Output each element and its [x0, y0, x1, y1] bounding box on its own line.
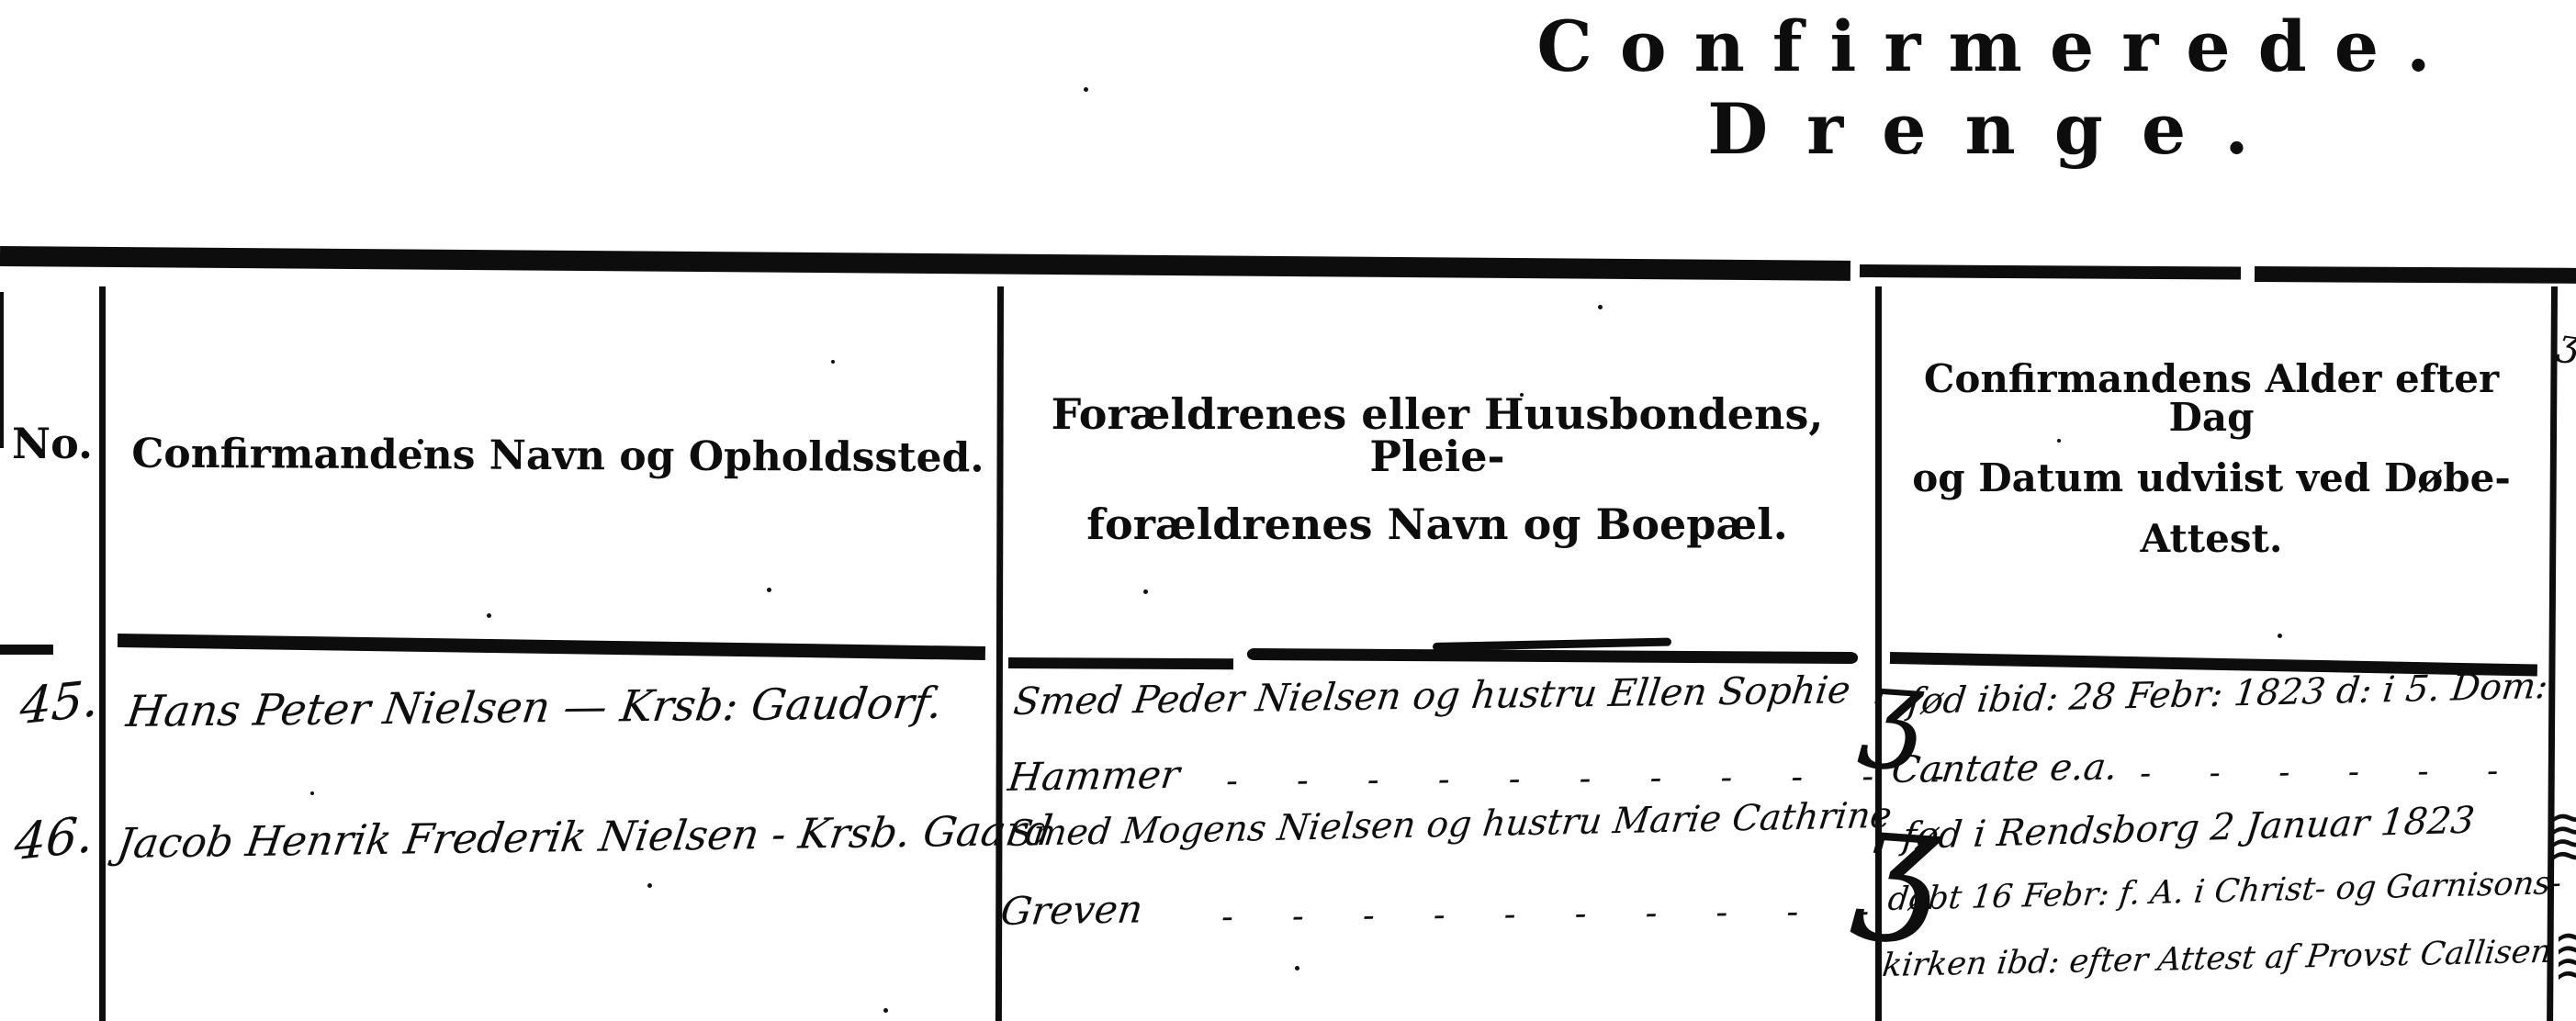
column-rule-no-name	[99, 286, 106, 1021]
row-45-parents-line1: Smed Peder Nielsen og hustru Ellen Sophi…	[1011, 668, 1853, 724]
header-rule-segment-0	[0, 645, 53, 655]
scan-speck	[487, 613, 491, 618]
scan-speck	[1143, 589, 1148, 594]
row-45-parents-line2: Hammer	[1006, 752, 1182, 800]
row-46-number: 46.	[13, 805, 96, 872]
column-header-age-line1: Confirmandens Alder efter Dag	[1884, 360, 2538, 437]
top-rule-segment-2	[1860, 264, 2241, 280]
column-header-parents: Forældrenes eller Huusbondens, Pleie- fo…	[1006, 393, 1869, 545]
row-46-age-line1: fød i Rendsborg 2 Januar 1823	[1900, 800, 2477, 858]
scan-speck	[831, 360, 835, 364]
scan-speck	[2278, 634, 2282, 638]
row-46-parents-line1: Smed Mogens Nielsen og hustru Marie Cath…	[1006, 795, 1894, 855]
column-header-no: No.	[6, 422, 99, 465]
scan-speck	[883, 1008, 888, 1013]
scan-speck	[1520, 393, 1524, 397]
row-45-age-dash-fill: - - - - - -	[2140, 752, 2522, 792]
scan-speck	[310, 791, 314, 795]
header-rule-segment-1	[118, 634, 985, 660]
column-header-age-line3: Attest.	[1884, 520, 2538, 558]
scan-speck	[1084, 87, 1088, 92]
scanned-parish-register-page: Confirmerede. Drenge. No. Confirmandens …	[0, 0, 2576, 1021]
scan-speck	[2057, 439, 2061, 443]
column-header-age: Confirmandens Alder efter Dag og Datum u…	[1884, 360, 2538, 558]
page-title-line1: Confirmerede.	[1419, 6, 2576, 87]
row-46-age-line3: kirken ibd: efter Attest af Provst Calli…	[1881, 934, 2554, 984]
header-rule-segment-3b	[1433, 638, 1671, 651]
row-45-name: Hans Peter Nielsen — Krsb: Gaudorf.	[123, 679, 945, 737]
header-rule-segment-3	[1247, 648, 1858, 664]
scan-speck	[1598, 305, 1603, 309]
column-header-parents-line2: forældrenes Navn og Boepæl.	[1006, 503, 1869, 545]
top-rule-segment-1	[0, 246, 1850, 281]
row-45-parents-dash-fill: - - - - - - - - - - -	[1226, 755, 1968, 801]
column-header-parents-line1: Forældrenes eller Huusbondens, Pleie-	[1006, 393, 1869, 477]
left-edge-fragment	[0, 292, 4, 448]
row-46-parents-dash-fill: - - - - - - - - - -	[1221, 891, 1893, 937]
right-edge-squiggle-upper: ≀≀≀≀	[2540, 808, 2576, 858]
row-45-number: 45.	[18, 669, 101, 736]
column-header-name: Confirmandens Navn og Opholdssted.	[124, 434, 992, 479]
row-46-name: Jacob Henrik Frederik Nielsen - Krsb. Ga…	[114, 806, 1055, 868]
edge-fragment-mark: ʒ	[2557, 328, 2576, 360]
column-rule-right-edge	[2547, 286, 2558, 1021]
row-46-age-line2: døbt 16 Febr: f. A. i Christ- og Garniso…	[1886, 865, 2564, 918]
row-45-age-line1: fød ibid: 28 Febr: 1823 d: i 5. Dom:	[1906, 666, 2549, 723]
scan-speck	[418, 439, 423, 444]
right-edge-squiggle-lower: ≀≀≀≀	[2546, 927, 2576, 978]
top-rule-segment-3	[2255, 266, 2576, 284]
column-header-age-line2: og Datum udviist ved Døbe-	[1884, 459, 2538, 498]
header-rule-segment-2	[1008, 657, 1233, 669]
scan-speck	[647, 883, 652, 888]
row-46-parents-line2: Greven	[998, 886, 1145, 934]
scan-speck	[1912, 149, 1918, 154]
scan-speck	[767, 588, 771, 592]
scan-speck	[1295, 966, 1299, 971]
page-title-line2: Drenge.	[1419, 88, 2576, 170]
